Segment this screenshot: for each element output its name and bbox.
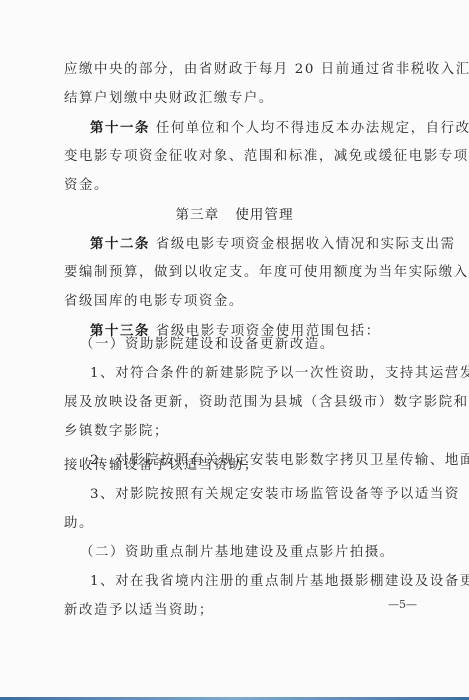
paragraph-line: 接收传输设备予以适当资助； [64,458,414,474]
article-heading: 第十二条 [90,236,150,252]
article-11-line: 第十一条 任何单位和个人均不得违反本办法规定，自行改 [90,120,414,137]
paragraph-line: 资金。 [64,178,414,194]
chapter-title: 使用管理 [235,207,293,223]
item-line: 3、对影院按照有关规定安装市场监管设备等予以适当资 [90,487,414,503]
article-12-line: 第十二条 省级电影专项资金根据收入情况和实际支出需 [90,236,414,253]
item-line: 1、对在我省境内注册的重点制片基地摄影棚建设及设备更 [90,574,414,590]
paragraph-line: 应缴中央的部分，由省财政于每月 20 日前通过省非税收入汇缴 [64,62,414,78]
subsection-line: （一）资助影院建设和设备更新改造。 [80,337,404,353]
paragraph-line: 结算户划缴中央财政汇缴专户。 [64,91,414,107]
item-line: 1、对符合条件的新建影院予以一次性资助，支持其运营发 [90,366,414,382]
chapter-heading: 第三章使用管理 [0,207,469,223]
chapter-number: 第三章 [175,207,219,223]
subsection-line: （二）资助重点制片基地建设及重点影片拍摄。 [80,545,404,561]
paragraph-line: 要编制预算，做到以收定支。年度可使用额度为当年实际缴入 [64,265,414,281]
paragraph-line: 乡镇数字影院； [64,424,414,440]
article-text: 省级电影专项资金根据收入情况和实际支出需 [150,237,456,252]
paragraph-line: 省级国库的电影专项资金。 [64,294,414,310]
page-number: —5— [388,598,417,611]
article-heading: 第十一条 [90,120,150,136]
document-page: 应缴中央的部分，由省财政于每月 20 日前通过省非税收入汇缴 结算户划缴中央财政… [0,0,469,697]
article-text: 任何单位和个人均不得违反本办法规定，自行改 [150,121,469,136]
paragraph-line: 展及放映设备更新，资助范围为县城（含县级市）数字影院和 [64,395,414,411]
paragraph-line: 新改造予以适当资助； [64,603,414,619]
paragraph-line: 助。 [64,516,414,532]
paragraph-line: 变电影专项资金征收对象、范围和标准，减免或缓征电影专项 [64,149,414,165]
